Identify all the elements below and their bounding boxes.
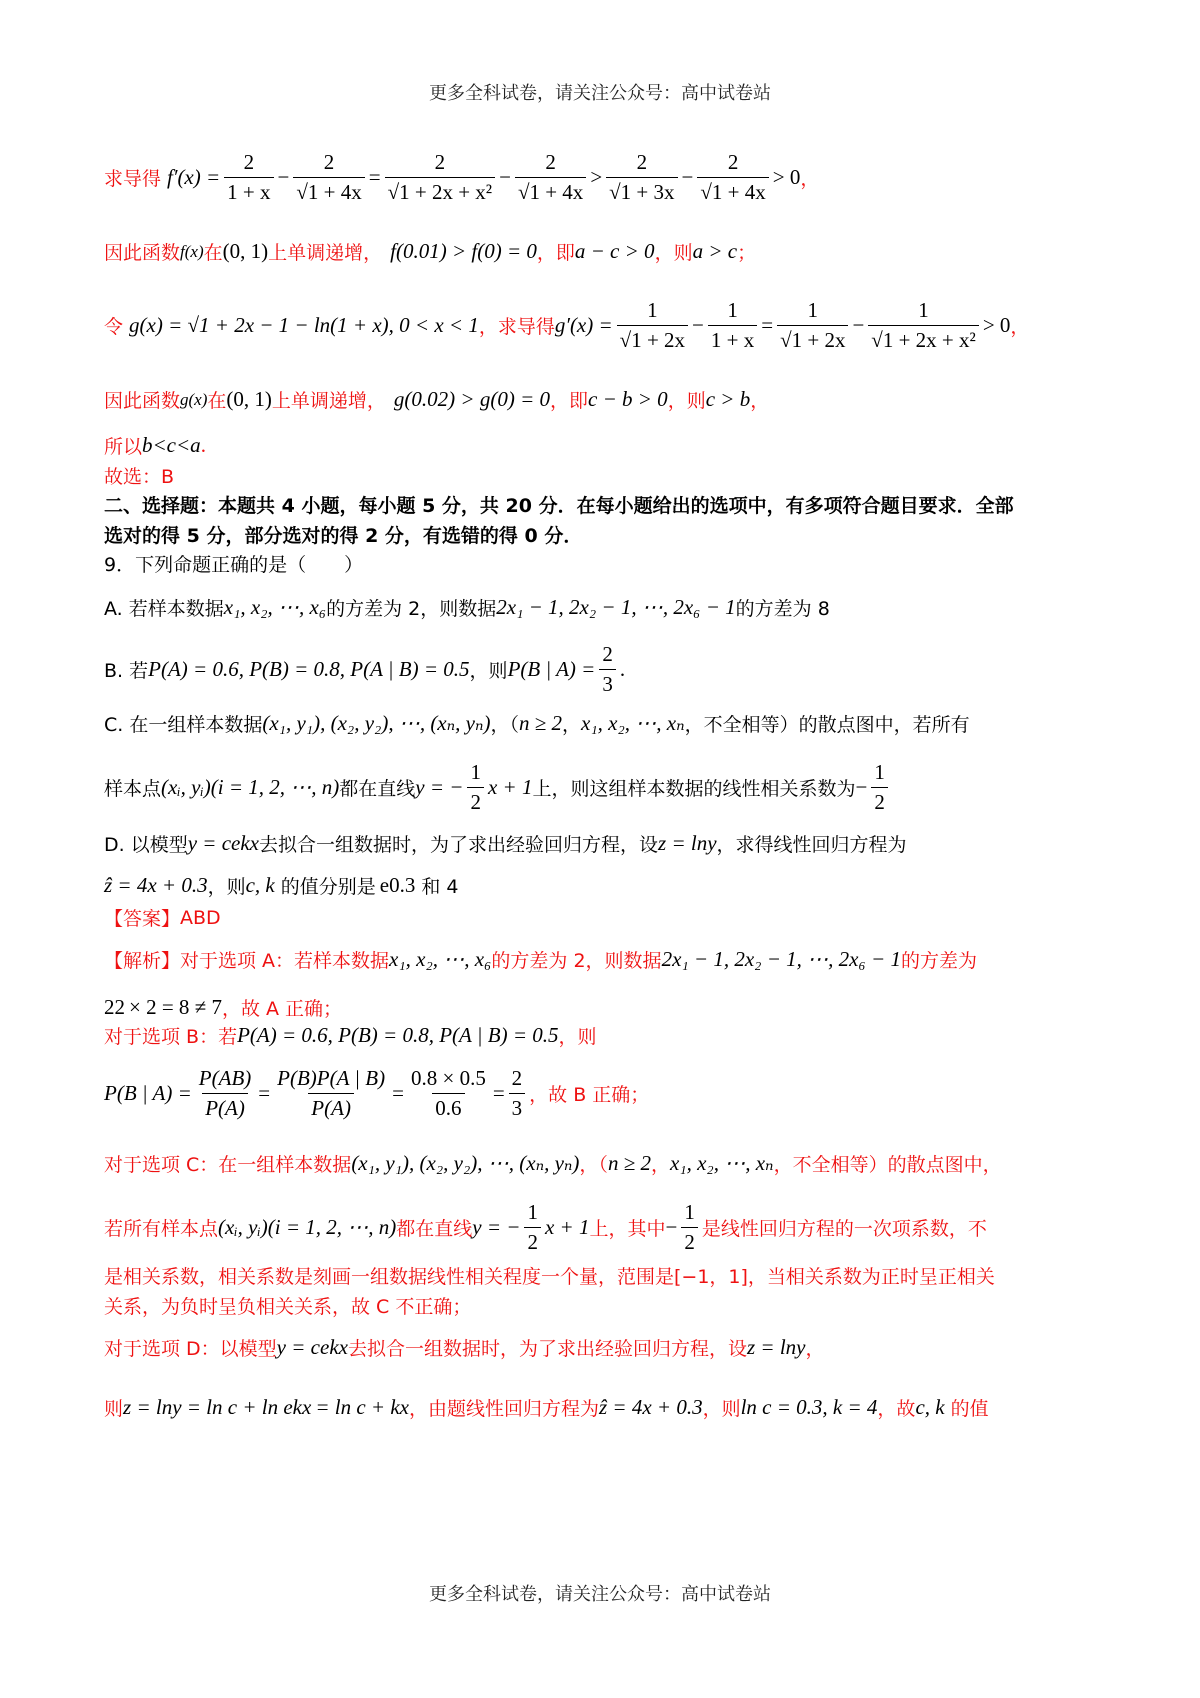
text: D. 以模型 [104,830,188,857]
text: 的值分别是 [281,872,376,899]
math: c, k [246,873,275,898]
derivative-g-line: 令 g(x) = √1 + 2x − 1 − ln(1 + x), 0 < x … [104,298,1110,353]
text: ，故 A 正确； [222,994,342,1021]
math: ẑ = 4x + 0.3 [104,873,208,898]
answer-value: ABD [180,907,221,929]
text: ，求导得 [479,312,555,339]
text: ，则 [655,238,693,265]
text: ，故 [877,1394,915,1421]
fraction: 23 [599,642,616,697]
op: = [761,313,773,338]
text: 的方差为 [901,946,977,973]
math: z = lny [747,1335,806,1360]
op: = [392,1081,404,1106]
option-d-line1: D. 以模型 y = cekx 去拟合一组数据时，为了求出经验回归方程，设 z … [104,830,1110,857]
math: x + 1 [545,1215,590,1240]
fraction: 2√1 + 4x [697,150,768,205]
fraction: 23 [509,1066,526,1121]
text: ，求得线性回归方程为 [717,830,907,857]
math: b<c<a [142,433,201,458]
text: ，则 [208,872,246,899]
punct: ， [800,164,819,191]
math: (0, 1) [223,239,269,264]
math: c, k [915,1395,944,1420]
math: 0.3 [389,873,415,898]
text: 的值 [951,1394,989,1421]
math: 2 [104,995,115,1020]
analysis-b-line1: 对于选项 B：若 P(A) = 0.6, P(B) = 0.8, P(A | B… [104,1022,1110,1049]
text: 因此函数 [104,386,180,413]
option-c-line1: C. 在一组样本数据 (x₁, y₁), (x₂, y₂), ⋯, (xₙ, y… [104,710,1110,737]
math: x₁, x₂, ⋯, x₆ [389,947,491,972]
text: ， [750,386,769,413]
math: y = − [415,775,463,800]
math: a − c > 0 [575,239,655,264]
math: f′(x) = [167,165,220,190]
op: − [682,165,694,190]
math: g′(x) = [555,313,613,338]
math: c > b [706,387,751,412]
text: . [201,433,206,458]
op: = [258,1081,270,1106]
math: y = − [472,1215,520,1240]
text: 的方差为 2，则数据 [491,946,661,973]
text: 样本点 [104,774,161,801]
math: x₁, x₂, ⋯, x₆ [224,595,326,620]
op: − [852,313,864,338]
monotonic-f-line: 因此函数 f(x) 在 (0, 1) 上单调递增， f(0.01) > f(0)… [104,238,1110,265]
fraction: 12 [681,1200,698,1255]
conclusion-line: 所以 b<c<a . [104,432,1110,459]
math: (xᵢ, yᵢ)(i = 1, 2, ⋯, n) [161,775,339,800]
monotonic-g-line: 因此函数 g(x) 在 (0, 1) 上单调递增， g(0.02) > g(0)… [104,386,1110,413]
text: ， [562,710,581,737]
math: (xᵢ, yᵢ)(i = 1, 2, ⋯, n) [218,1215,396,1240]
text: ， [805,1334,824,1361]
op: > [590,165,602,190]
math: c − b > 0 [588,387,668,412]
analysis-a-line1: 【解析】对于选项 A：若样本数据 x₁, x₂, ⋯, x₆ 的方差为 2，则数… [104,946,1110,973]
fraction: 12 [871,760,888,815]
derivative-f-line: 求导得 f′(x) = 21 + x − 2√1 + 4x = 2√1 + 2x… [104,150,1110,205]
math: = ln c + kx [315,1395,409,1420]
option-d-line2: ẑ = 4x + 0.3 ，则 c, k 的值分别是 e0.3 和 4 [104,872,1110,899]
option-c-line2: 样本点 (xᵢ, yᵢ)(i = 1, 2, ⋯, n) 都在直线 y = − … [104,760,1110,815]
text: 和 4 [421,872,458,899]
page-header: 更多全科试卷，请关注公众号：高中试卷站 [0,79,1200,105]
text: ，（ [579,1150,608,1177]
math: y = ce [277,1335,330,1360]
text: ， [651,1150,670,1177]
op: − [499,165,511,190]
text: 上，其中 [589,1214,665,1241]
fraction: 1√1 + 2x + x² [868,298,979,353]
math: P(A) = 0.6, P(B) = 0.8, P(A | B) = 0.5 [148,657,469,682]
math: 2x₁ − 1, 2x₂ − 1, ⋯, 2x₆ − 1 [662,947,901,972]
punct: ， [1010,312,1029,339]
text: 所以 [104,432,142,459]
text: ，故 B 正确； [529,1080,649,1107]
fraction: 2√1 + 2x + x² [385,150,496,205]
math: P(B | A) = [104,1081,192,1106]
text: 都在直线 [339,774,415,801]
math: e [380,873,389,898]
text: 的方差为 2，则数据 [326,594,496,621]
page-footer: 更多全科试卷，请关注公众号：高中试卷站 [0,1580,1200,1606]
math: kx [293,1395,312,1420]
analysis-d-line1: 对于选项 D：以模型 y = cekx 去拟合一组数据时，为了求出经验回归方程，… [104,1334,1110,1361]
math: (x₁, y₁), (x₂, y₂), ⋯, (xₙ, yₙ) [351,1151,579,1176]
analysis-a-line2: 22 × 2 = 8 ≠ 7 ，故 A 正确； [104,994,1110,1021]
text: 是线性回归方程的一次项系数，不 [702,1214,987,1241]
text: 上单调递增， [268,238,382,265]
op: = [493,1081,505,1106]
fraction: 21 + x [224,150,273,205]
text: ，不全相等）的散点图中，若所有 [685,710,970,737]
section-heading-line1: 二、选择题：本题共 4 小题，每小题 5 分，共 20 分．在每小题给出的选项中… [104,491,1110,518]
math: (x₁, y₁), (x₂, y₂), ⋯, (xₙ, yₙ) [262,711,490,736]
option-a: A. 若样本数据 x₁, x₂, ⋯, x₆ 的方差为 2，则数据 2x₁ − … [104,594,1110,621]
text: 在 [204,238,223,265]
math: z = lny = ln c + ln e [123,1395,293,1420]
math: − [665,1215,677,1240]
text: 的方差为 8 [736,594,830,621]
op: = [369,165,381,190]
text: B. 若 [104,656,148,683]
text: ，则 [470,656,508,683]
text: 令 [104,312,123,339]
text: 对于选项 D：以模型 [104,1334,277,1361]
fraction: 0.8 × 0.50.6 [408,1066,489,1121]
text: 对于选项 C：在一组样本数据 [104,1150,351,1177]
math: g(x) = √1 + 2x − 1 − ln(1 + x), 0 < x < … [129,313,479,338]
math: ln c = 0.3, k = 4 [741,1395,878,1420]
math: a > c [693,239,738,264]
fraction: 12 [467,760,484,815]
op: − [692,313,704,338]
math: n ≥ 2 [608,1151,651,1176]
question-stem: 9．下列命题正确的是（ ） [104,550,1110,577]
text: 去拟合一组数据时，为了求出经验回归方程，设 [348,1334,747,1361]
text: 则 [104,1394,123,1421]
text: ，（ [490,710,519,737]
math: (0, 1) [226,387,272,412]
math: P(B | A) = [508,657,596,682]
fraction: P(AB)P(A) [196,1066,254,1121]
analysis-c-line1: 对于选项 C：在一组样本数据 (x₁, y₁), (x₂, y₂), ⋯, (x… [104,1150,1110,1177]
answer-label: 【答案】 [104,904,180,931]
fraction: 11 + x [708,298,757,353]
text: 求导得 [104,164,161,191]
text: 若所有样本点 [104,1214,218,1241]
fraction: 1√1 + 2x [777,298,848,353]
math: 2x₁ − 1, 2x₂ − 1, ⋯, 2x₆ − 1 [496,595,735,620]
fraction: P(B)P(A | B)P(A) [274,1066,388,1121]
math: f(0.01) > f(0) = 0 [390,239,537,264]
analysis-b-line2: P(B | A) = P(AB)P(A) = P(B)P(A | B)P(A) … [104,1066,1110,1121]
fraction: 2√1 + 4x [515,150,586,205]
text: A. 若样本数据 [104,594,224,621]
text: 因此函数 [104,238,180,265]
math: x + 1 [488,775,533,800]
math: P(A) = 0.6, P(B) = 0.8, P(A | B) = 0.5 [237,1023,558,1048]
answer-line: 【答案】 ABD [104,904,1110,931]
math: x₁, x₂, ⋯, xₙ [581,711,685,736]
text: 【解析】对于选项 A：若样本数据 [104,946,389,973]
math: kx [329,1335,348,1360]
text: 去拟合一组数据时，为了求出经验回归方程，设 [259,830,658,857]
analysis-c-line2: 若所有样本点 (xᵢ, yᵢ)(i = 1, 2, ⋯, n) 都在直线 y =… [104,1200,1110,1255]
fraction: 2√1 + 3x [606,150,677,205]
math: f(x) [180,242,204,262]
document-page: 更多全科试卷，请关注公众号：高中试卷站 求导得 f′(x) = 21 + x −… [0,0,1200,1698]
text: 都在直线 [396,1214,472,1241]
analysis-c-line3: 是相关系数，相关系数是刻画一组数据线性相关程度一个量，范围是[−1，1]，当相关… [104,1262,1110,1289]
text: ，由题线性回归方程为 [409,1394,599,1421]
text: ，则 [703,1394,741,1421]
text: . [620,657,625,682]
fraction: 12 [524,1200,541,1255]
text: ，即 [550,386,588,413]
analysis-d-line2: 则 z = lny = ln c + ln ekx = ln c + kx ，由… [104,1394,1110,1421]
text: C. 在一组样本数据 [104,710,262,737]
text: ； [737,238,756,265]
math: x₁, x₂, ⋯, xₙ [670,1151,774,1176]
fraction: 2√1 + 4x [293,150,364,205]
analysis-c-line4: 关系，为负时呈负相关关系，故 C 不正确； [104,1292,1110,1319]
text: ，即 [537,238,575,265]
op: > 0 [773,165,801,190]
text: ，不全相等）的散点图中， [774,1150,1002,1177]
section-heading-line2: 选对的得 5 分，部分选对的得 2 分，有选错的得 0 分． [104,521,1110,548]
math: y = ce [188,831,241,856]
text: 在 [207,386,226,413]
math: − [855,775,867,800]
choice-line: 故选：B [104,462,1110,489]
fraction: 1√1 + 2x [617,298,688,353]
text: 上，则这组样本数据的线性相关系数为 [532,774,855,801]
op: − [278,165,290,190]
math: 2 [115,995,126,1020]
math: × 2 = 8 ≠ 7 [129,995,222,1020]
math: g(x) [180,390,207,410]
math: kx [240,831,259,856]
text: ，则 [668,386,706,413]
math: ẑ = 4x + 0.3 [599,1395,703,1420]
math: g(0.02) > g(0) = 0 [394,387,550,412]
math: z = lny [658,831,717,856]
text: 对于选项 B：若 [104,1022,237,1049]
op: > 0 [983,313,1011,338]
option-b: B. 若 P(A) = 0.6, P(B) = 0.8, P(A | B) = … [104,642,1110,697]
math: n ≥ 2 [519,711,562,736]
text: ，则 [559,1022,597,1049]
text: 上单调递增， [272,386,386,413]
